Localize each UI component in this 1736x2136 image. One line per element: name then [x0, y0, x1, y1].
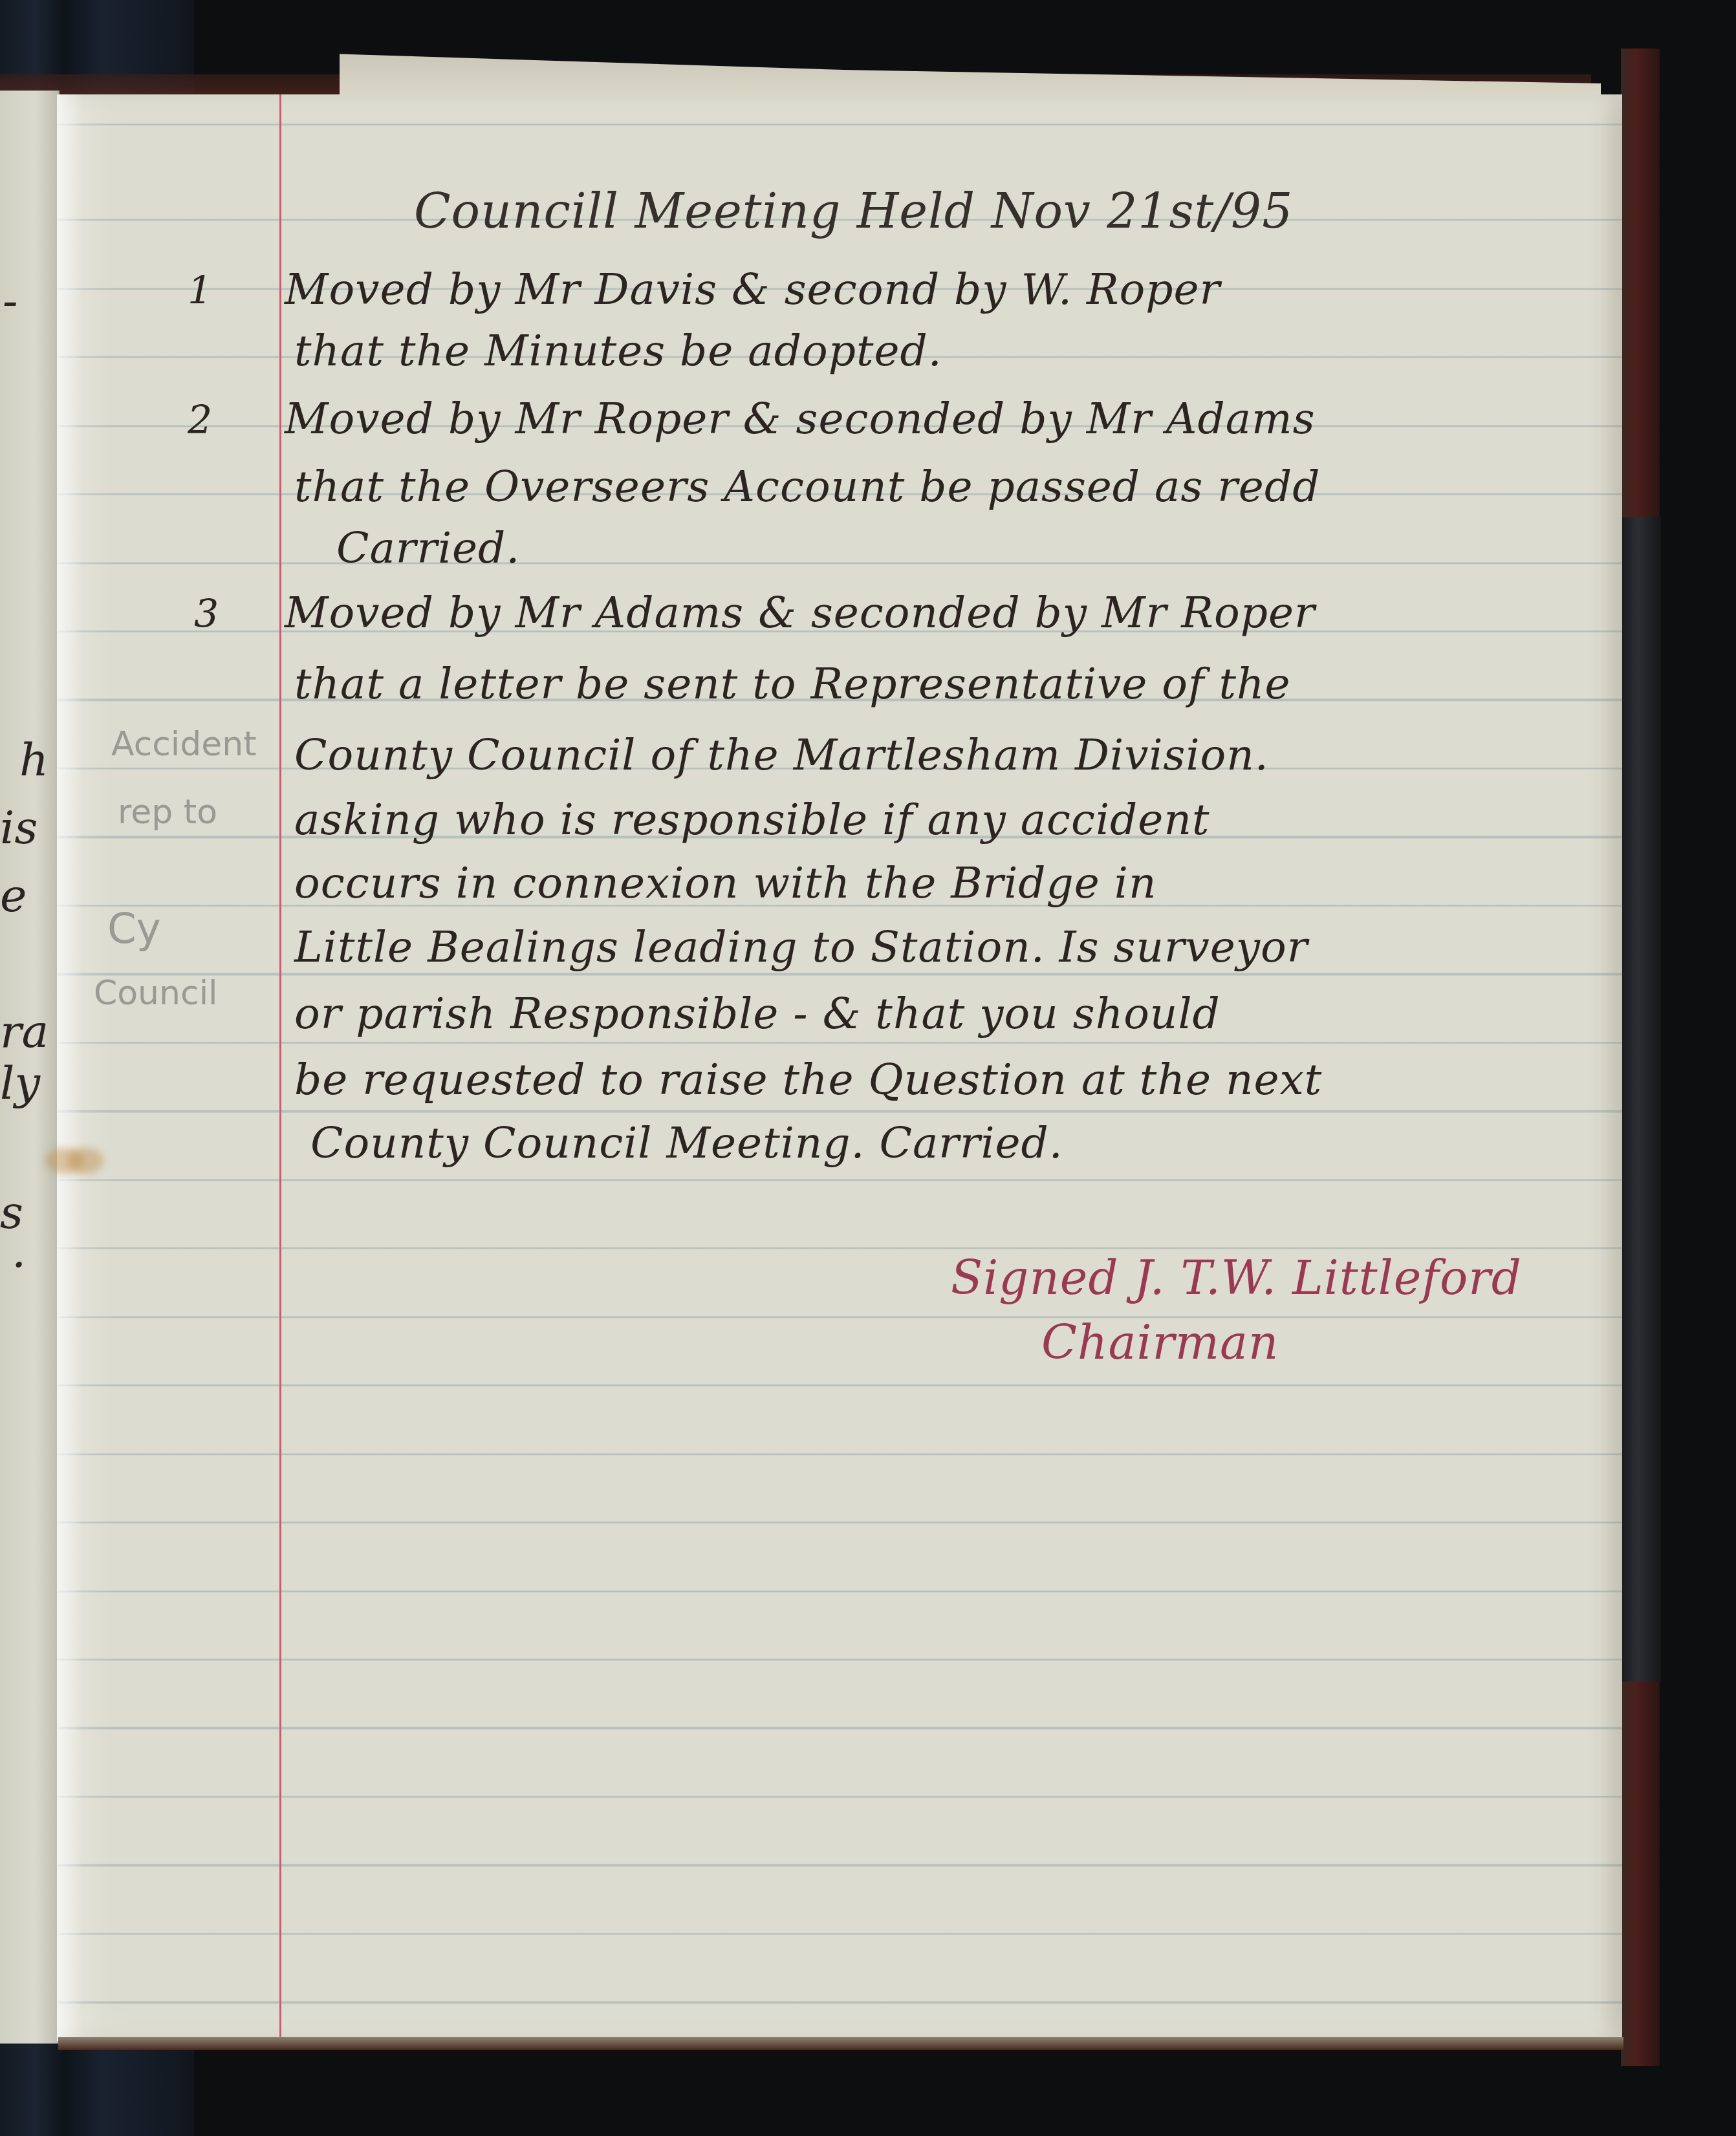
- stain: [68, 1148, 103, 1174]
- minute-line: be requested to raise the Question at th…: [294, 1059, 1322, 1101]
- minute-line: County Council Meeting. Carried.: [310, 1122, 1063, 1165]
- minute-line: that a letter be sent to Representative …: [294, 663, 1291, 706]
- left-page-fragment: ly: [0, 1061, 40, 1106]
- minute-line: asking who is responsible if any acciden…: [294, 799, 1210, 841]
- signature-line: Signed J. T.W. Littleford: [951, 1255, 1522, 1301]
- left-page-fragment: .: [12, 1229, 26, 1274]
- minute-line: that the Overseers Account be passed as …: [294, 466, 1320, 508]
- minute-line: County Council of the Martlesham Divisio…: [294, 734, 1269, 777]
- left-page-fragment: e: [0, 873, 27, 918]
- minute-line: occurs in connexion with the Bridge in: [294, 862, 1156, 905]
- margin-note-line: rep to: [118, 795, 217, 829]
- minute-line: Little Bealings leading to Station. Is s…: [294, 926, 1308, 969]
- margin-note-line: Council: [94, 976, 218, 1010]
- gutter-highlight: [57, 94, 83, 2041]
- resolution-number: 3: [194, 595, 219, 634]
- resolution-number: 2: [188, 401, 212, 440]
- left-page-fragment: h: [19, 737, 49, 782]
- minute-line: Moved by Mr Davis & second by W. Roper: [285, 268, 1221, 311]
- minute-line: Moved by Mr Adams & seconded by Mr Roper: [285, 592, 1316, 634]
- page-block-bottom-edge: [58, 2037, 1623, 2050]
- minute-line: or parish Responsible - & that you shoul…: [294, 993, 1221, 1035]
- margin-note-line: Cy: [107, 909, 161, 950]
- page-title: Councill Meeting Held Nov 21st/95: [414, 188, 1293, 235]
- minute-line: Moved by Mr Roper & seconded by Mr Adams: [285, 398, 1316, 440]
- resolution-number: 1: [188, 272, 212, 310]
- margin-note-line: Accident: [111, 728, 257, 761]
- margin-rule: [279, 94, 281, 2041]
- signature-title: Chairman: [1041, 1319, 1279, 1366]
- left-page-fragment: -: [3, 278, 18, 323]
- left-page-fragment: ra: [0, 1009, 49, 1054]
- minute-line: Carried.: [336, 527, 520, 570]
- left-page-strip: - h is e ra ly s .: [0, 91, 60, 2044]
- minute-line: that the Minutes be adopted.: [294, 330, 942, 372]
- left-page-fragment: is: [0, 805, 38, 850]
- cover-cloth-right: [1622, 517, 1661, 1681]
